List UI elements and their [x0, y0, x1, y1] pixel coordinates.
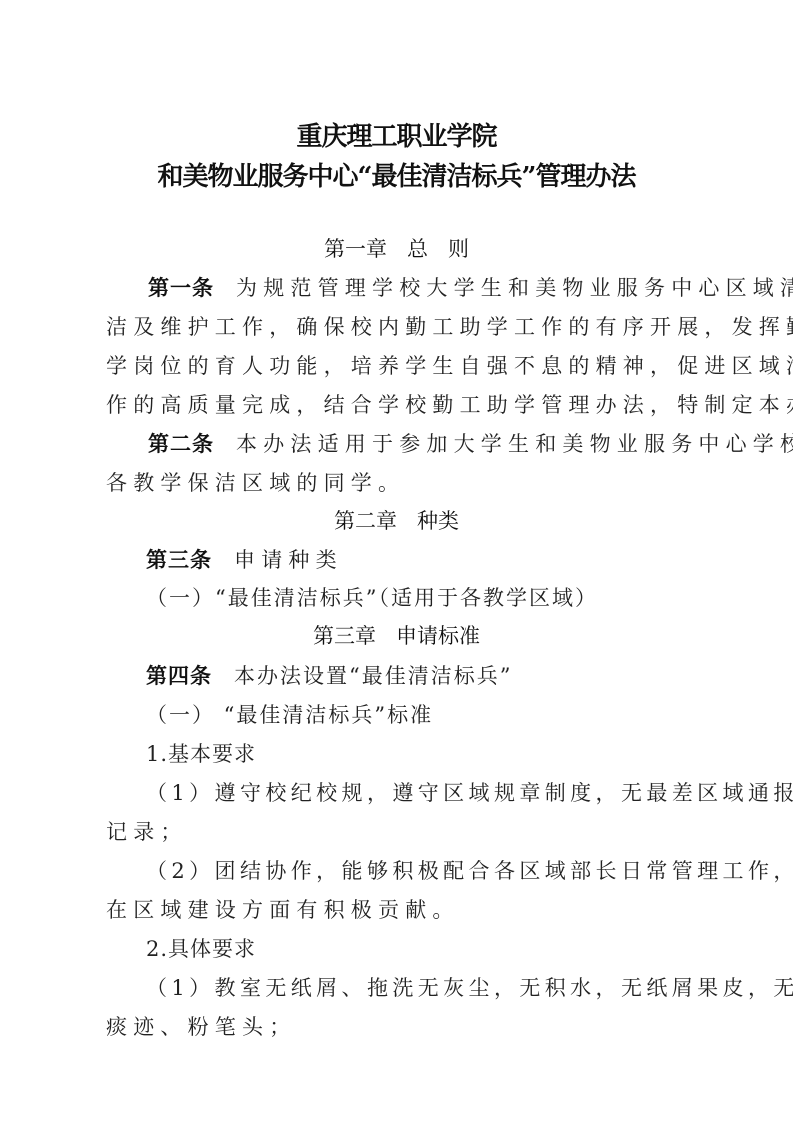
basic-item-2-line-2: 在区域建设方面有积极贡献。: [106, 894, 696, 924]
basic-item-1-line-1: （1）遵守校纪校规，遵守区域规章制度，无最差区域通报: [146, 777, 736, 807]
article-1-line-3: 学岗位的育人功能，培养学生自强不息的精神，促进区域清洁工: [106, 350, 696, 380]
article-2-line-1: 第二条本办法适用于参加大学生和美物业服务中心学校: [148, 428, 738, 458]
article-1-line-1: 第一条为规范管理学校大学生和美物业服务中心区域清: [148, 272, 738, 302]
specific-item-1-line-2: 痰迹、粉笔头；: [106, 1011, 696, 1041]
chapter-3-heading: 第三章 申请标准: [0, 620, 793, 650]
chapter-2-heading: 第二章 种类: [0, 505, 793, 535]
article-1-label: 第一条: [148, 276, 214, 300]
article-4-text: 本办法设置“最佳清洁标兵”: [234, 664, 512, 688]
specific-requirements-heading: 2.具体要求: [146, 933, 736, 963]
article-2-line-2: 各教学保洁区域的同学。: [106, 467, 696, 497]
article-4-subheading: （一） “最佳清洁标兵”标准: [146, 699, 736, 729]
article-2-label: 第二条: [148, 432, 214, 456]
article-3-item: （一）“最佳清洁标兵”（适用于各教学区域）: [146, 582, 736, 612]
article-3-text: 申请种类: [234, 548, 343, 572]
basic-item-1-line-2: 记录；: [106, 816, 696, 846]
document-title-line-2: 和美物业服务中心“最佳清洁标兵”管理办法: [0, 156, 793, 193]
article-1-line-4: 作的高质量完成，结合学校勤工助学管理办法，特制定本办法。: [106, 389, 696, 419]
article-4-line: 第四条本办法设置“最佳清洁标兵”: [146, 660, 736, 690]
article-3-label: 第三条: [146, 548, 212, 572]
document-title-line-1: 重庆理工职业学院: [0, 116, 793, 153]
article-3-line: 第三条申请种类: [146, 544, 736, 574]
basic-requirements-heading: 1.基本要求: [146, 738, 736, 768]
article-2-text: 本办法适用于参加大学生和美物业服务中心学校: [236, 432, 793, 456]
article-1-text: 为规范管理学校大学生和美物业服务中心区域清: [236, 276, 793, 300]
chapter-1-heading: 第一章 总 则: [0, 233, 793, 263]
document-page: 重庆理工职业学院 和美物业服务中心“最佳清洁标兵”管理办法 第一章 总 则 第一…: [0, 0, 793, 1122]
article-4-label: 第四条: [146, 664, 212, 688]
article-1-line-2: 洁及维护工作，确保校内勤工助学工作的有序开展，发挥勤工助: [106, 311, 696, 341]
specific-item-1-line-1: （1）教室无纸屑、拖洗无灰尘，无积水，无纸屑果皮，无: [146, 972, 736, 1002]
basic-item-2-line-1: （2）团结协作，能够积极配合各区域部长日常管理工作，: [146, 855, 736, 885]
